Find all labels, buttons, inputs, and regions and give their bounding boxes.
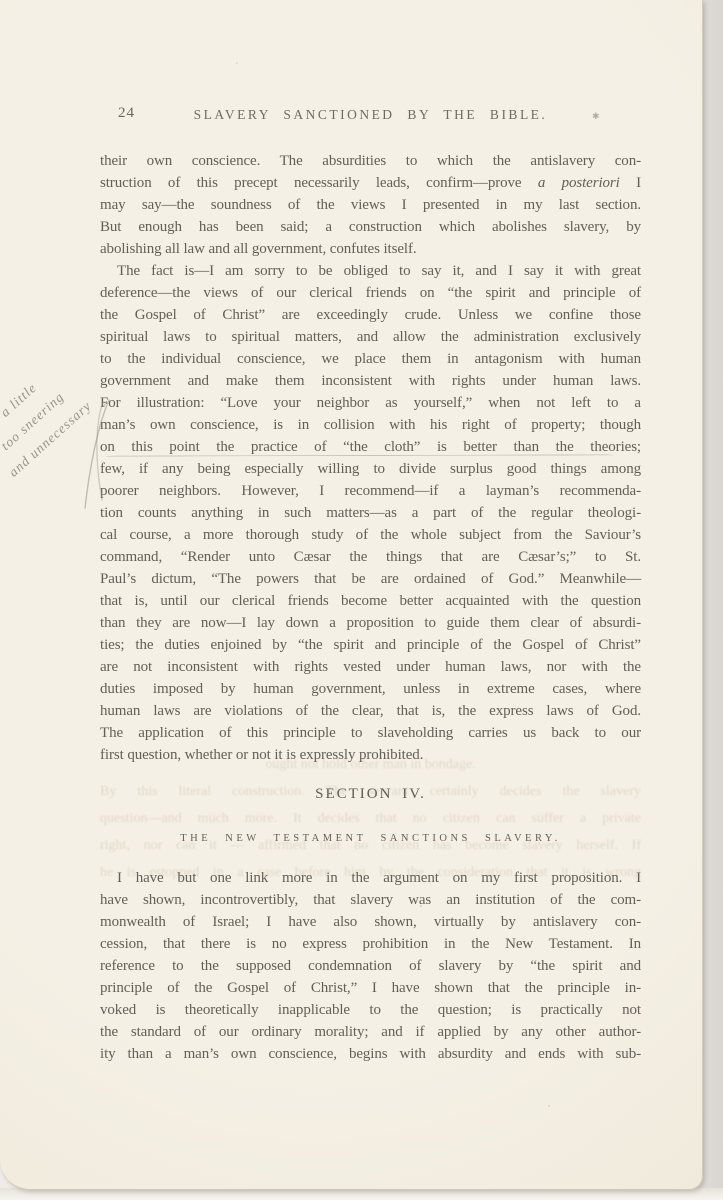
pencil-margin-curve bbox=[92, 400, 108, 504]
text-line: cession, that there is no express prohib… bbox=[100, 933, 641, 955]
text-line: the Gospel of Christ” are exceedingly cr… bbox=[100, 304, 641, 326]
bleed-through-line: question—and much more. It decides that … bbox=[100, 805, 641, 832]
text-line: deference—the views of our clerical frie… bbox=[100, 282, 641, 304]
text-line: struction of this precept necessarily le… bbox=[100, 172, 641, 194]
paper-speck bbox=[420, 905, 422, 907]
text-line: The application of this principle to sla… bbox=[100, 722, 641, 744]
text-line: ties; the duties enjoined by “the spirit… bbox=[100, 634, 641, 656]
text-line: principle of the Gospel of Christ,” I ha… bbox=[100, 977, 641, 999]
page-header: 24 SLAVERY SANCTIONED BY THE BIBLE. ✱ bbox=[100, 105, 641, 127]
text-line: human laws are violations of the clear, … bbox=[100, 700, 641, 722]
section-heading: SECTION IV. bbox=[100, 786, 641, 803]
body-after-section: I have but one link more in the argument… bbox=[100, 867, 641, 1065]
text-line: than they are now—I lay down a propositi… bbox=[100, 612, 641, 634]
paragraph: The fact is—I am sorry to be obliged to … bbox=[100, 260, 641, 766]
book-scan: 24 SLAVERY SANCTIONED BY THE BIBLE. ✱ ou… bbox=[0, 0, 723, 1200]
text-line: their own conscience. The absurdities to… bbox=[100, 150, 641, 172]
text-line: I have but one link more in the argument… bbox=[100, 867, 641, 889]
text-line: on this point the practice of “the cloth… bbox=[100, 436, 641, 458]
section-subheading: THE NEW TESTAMENT SANCTIONS SLAVERY. bbox=[100, 833, 641, 844]
text-line: For illustration: “Love your neighbor as… bbox=[100, 392, 641, 414]
text-line: few, if any being especially willing to … bbox=[100, 458, 641, 480]
text-line: command, “Render unto Cæsar the things t… bbox=[100, 546, 641, 568]
text-line: are not inconsistent with rights vested … bbox=[100, 656, 641, 678]
book-page: 24 SLAVERY SANCTIONED BY THE BIBLE. ✱ ou… bbox=[0, 0, 703, 1190]
text-line: ity than a man’s own conscience, begins … bbox=[100, 1043, 641, 1065]
text-line: first question, whether or not it is exp… bbox=[100, 744, 641, 766]
body-before-section: their own conscience. The absurdities to… bbox=[100, 150, 641, 766]
paragraph: I have but one link more in the argument… bbox=[100, 867, 641, 1065]
text-line: government and make them inconsistent wi… bbox=[100, 370, 641, 392]
paper-speck bbox=[617, 158, 619, 160]
text-line: But enough has been said; a construction… bbox=[100, 216, 641, 238]
running-title: SLAVERY SANCTIONED BY THE BIBLE. bbox=[100, 107, 641, 123]
text-line: The fact is—I am sorry to be obliged to … bbox=[100, 260, 641, 282]
text-line: reference to the supposed condemnation o… bbox=[100, 955, 641, 977]
text-line: spiritual laws to spiritual matters, and… bbox=[100, 326, 641, 348]
text-line: man’s own conscience, is in collision wi… bbox=[100, 414, 641, 436]
text-line: monwealth of Israel; I have also shown, … bbox=[100, 911, 641, 933]
text-line: tion counts anything in such matters—as … bbox=[100, 502, 641, 524]
text-line: have shown, incontrovertibly, that slave… bbox=[100, 889, 641, 911]
paragraph: their own conscience. The absurdities to… bbox=[100, 150, 641, 260]
text-line: Paul’s dictum, “The powers that be are o… bbox=[100, 568, 641, 590]
text-line: the standard of our ordinary morality; a… bbox=[100, 1021, 641, 1043]
text-line: abolishing all law and all government, c… bbox=[100, 238, 641, 260]
printer-mark: ✱ bbox=[592, 111, 600, 122]
text-line: cal course, a more thorough study of the… bbox=[100, 524, 641, 546]
text-line: may say—the soundness of the views I pre… bbox=[100, 194, 641, 216]
text-line: to the individual conscience, we place t… bbox=[100, 348, 641, 370]
text-line: voked is theoretically inapplicable to t… bbox=[100, 999, 641, 1021]
text-line: that is, until our clerical friends beco… bbox=[100, 590, 641, 612]
text-line: poorer neighbors. However, I recommend—i… bbox=[100, 480, 641, 502]
text-line: duties imposed by human government, unle… bbox=[100, 678, 641, 700]
paper-speck bbox=[548, 1105, 550, 1107]
paper-speck bbox=[236, 62, 238, 64]
bleed-through-text: ought not hold other man in bondage.By t… bbox=[100, 751, 641, 886]
